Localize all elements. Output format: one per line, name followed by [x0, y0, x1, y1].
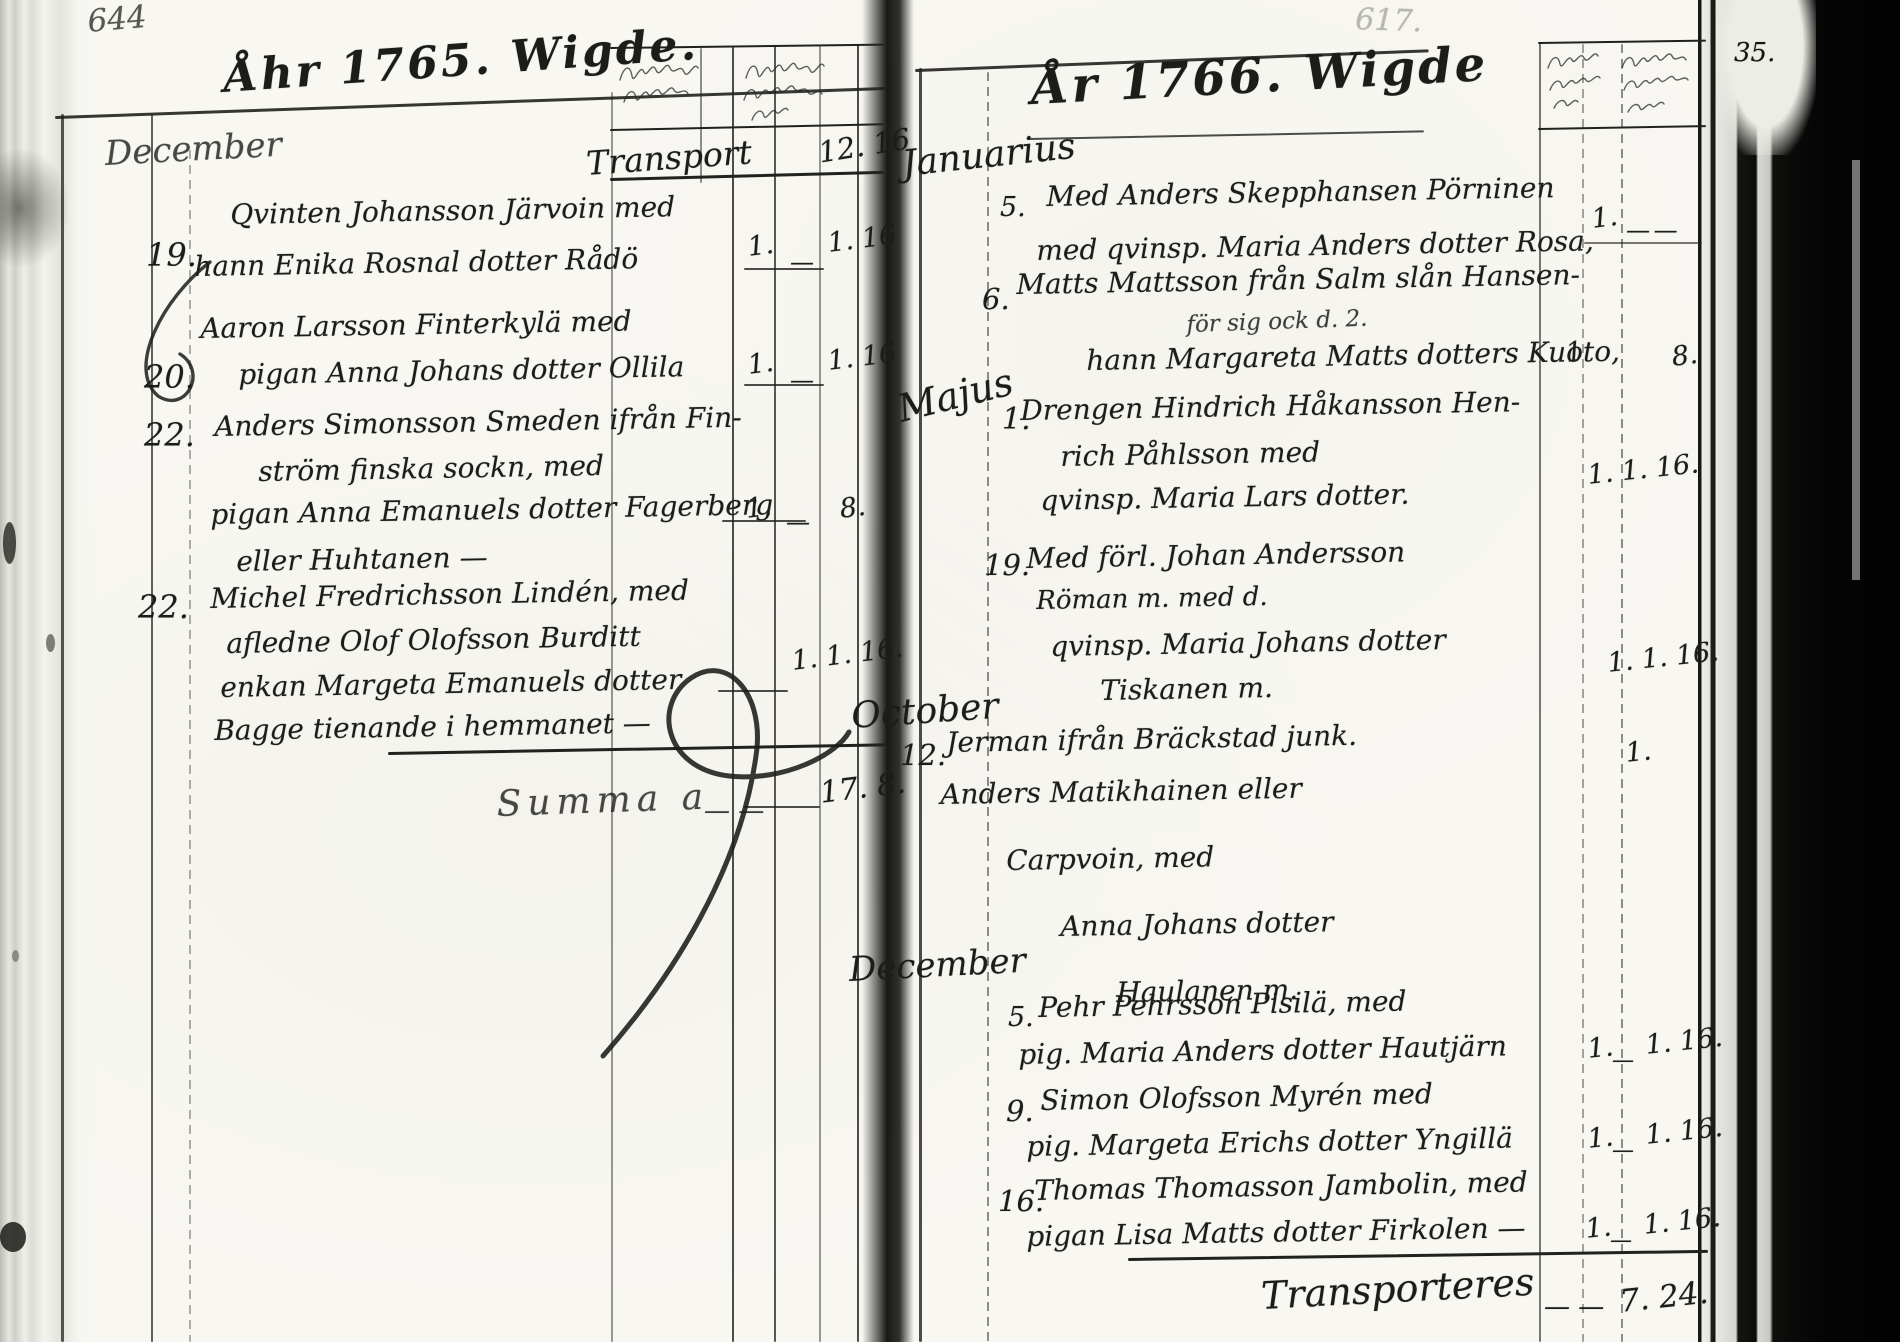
month-label: December [848, 941, 1027, 990]
month-label: Januarius [900, 126, 1077, 185]
entry-line: Med förl. Johan Andersson [1026, 535, 1405, 575]
fee-value: 1. [1584, 1211, 1613, 1245]
folio-number-right: 617. [1355, 2, 1423, 39]
entry-line: eller Huhtanen — [236, 541, 488, 578]
entry-day: 5. [1008, 1002, 1034, 1033]
entry-line: pigan Lisa Matts dotter Firkolen — [1026, 1211, 1526, 1253]
edge-page-number: 35. [1734, 38, 1775, 68]
column-heading-script [1542, 44, 1616, 118]
ink-blob [46, 634, 55, 652]
entry-line: Carpvoin, med [1006, 840, 1214, 877]
entry-day: 9. [1006, 1094, 1034, 1128]
ink-blob [12, 950, 19, 962]
entry-line: Anders Matikhainen eller [940, 772, 1302, 811]
entry-day: 19. [146, 236, 197, 274]
entry-line: rich Påhlsson med [1060, 435, 1320, 473]
entry-day: 19. [984, 548, 1030, 582]
manuscript-scan: 644 617. 35. [0, 0, 1900, 1342]
fee-value: 1. [1590, 201, 1619, 235]
ink-blob [3, 522, 16, 564]
entry-line: Med Anders Skepphansen Pörninen [1046, 171, 1555, 213]
entry-day: 5. [1000, 192, 1026, 223]
entry-line: pig. Maria Anders dotter Hautjärn [1018, 1029, 1507, 1071]
entry-line: pigan Anna Johans dotter Ollila [238, 350, 685, 391]
entry-line: qvinsp. Maria Lars dotter. [1040, 478, 1410, 517]
fee-dash: — [790, 366, 814, 394]
entry-line: pigan Anna Emanuels dotter Fagerberg [210, 488, 773, 531]
entry-line: Jerman ifrån Bräckstad junk. [946, 719, 1357, 759]
entry-line: Tiskanen m. [1100, 671, 1273, 707]
month-label: December [104, 125, 283, 174]
paper-edge-sliver [1852, 160, 1860, 580]
transporteres-label: Transporteres [1260, 1260, 1535, 1318]
entry-line: Anna Johans dotter [1060, 905, 1334, 943]
entry-line: Simon Olofsson Myrén med [1040, 1077, 1433, 1117]
fee-value: 1. [746, 347, 775, 381]
paper-edge-right [1698, 0, 1900, 1342]
summa-dashes: — — [704, 796, 764, 826]
fee-dash: — [1610, 1228, 1632, 1253]
entry-line: ström finska sockn, med [258, 449, 604, 488]
transporteres-dashes: — — [1544, 1292, 1604, 1322]
table-rule-vertical [61, 114, 64, 1342]
fee-dash: — [1612, 1048, 1634, 1073]
fee-dash: — [790, 248, 814, 276]
entry-line: för sig ock d. 2. [1186, 306, 1368, 338]
fee-dash: — [786, 508, 810, 536]
folio-number-left: 644 [86, 0, 148, 40]
fee-value: 1. 1. 16. [1586, 448, 1700, 490]
fee-value: 1. [1586, 1031, 1615, 1065]
fee-value: 1. [1624, 735, 1653, 769]
fee-dash: — [1612, 1138, 1634, 1163]
ink-blob [0, 1222, 26, 1252]
summa-label: Summa a [496, 777, 710, 825]
entry-line: pig. Margeta Erichs dotter Yngillä [1026, 1122, 1513, 1163]
entry-line: Thomas Thomasson Jambolin, med [1034, 1165, 1528, 1207]
fee-dash: — — [1626, 216, 1676, 244]
entry-line: Drengen Hindrich Håkansson Hen- [1020, 385, 1520, 427]
entry-line: qvinsp. Maria Johans dotter [1050, 623, 1446, 663]
entry-line: Pehr Pehrsson Pisilä, med [1038, 985, 1407, 1024]
fee-value: 8. [1670, 339, 1699, 373]
year-heading-right: År 1766. Wigde [1030, 36, 1490, 116]
entry-line: Qvinten Johansson Järvoin med [230, 190, 675, 231]
entry-day: 20. [144, 358, 195, 396]
entry-line: Aaron Larsson Finterkylä med [200, 304, 632, 345]
transporteres-amount: 7. 24. [1618, 1275, 1710, 1320]
entry-day: 22. [138, 588, 189, 626]
entry-day: 6. [982, 282, 1010, 316]
entry-line: hann Enika Rosnal dotter Rådö [194, 242, 638, 283]
fee-value: 1. [1586, 1121, 1615, 1155]
fee-value: 1. [744, 491, 773, 525]
fee-value: 1 [1564, 336, 1585, 369]
column-heading-script [738, 52, 854, 130]
fee-value: 8. [838, 491, 867, 525]
paper-edge-highlight [1716, 0, 1816, 155]
table-rule-horizontal [1028, 130, 1424, 140]
entry-line: Anders Simonsson Smeden ifrån Fin- [214, 401, 742, 443]
column-heading-script [1616, 46, 1702, 126]
fee-value: 1. [746, 229, 775, 263]
entry-day: 12. [900, 738, 946, 772]
entry-day: 22. [144, 416, 195, 454]
entry-line: Röman m. med d. [1036, 582, 1268, 616]
